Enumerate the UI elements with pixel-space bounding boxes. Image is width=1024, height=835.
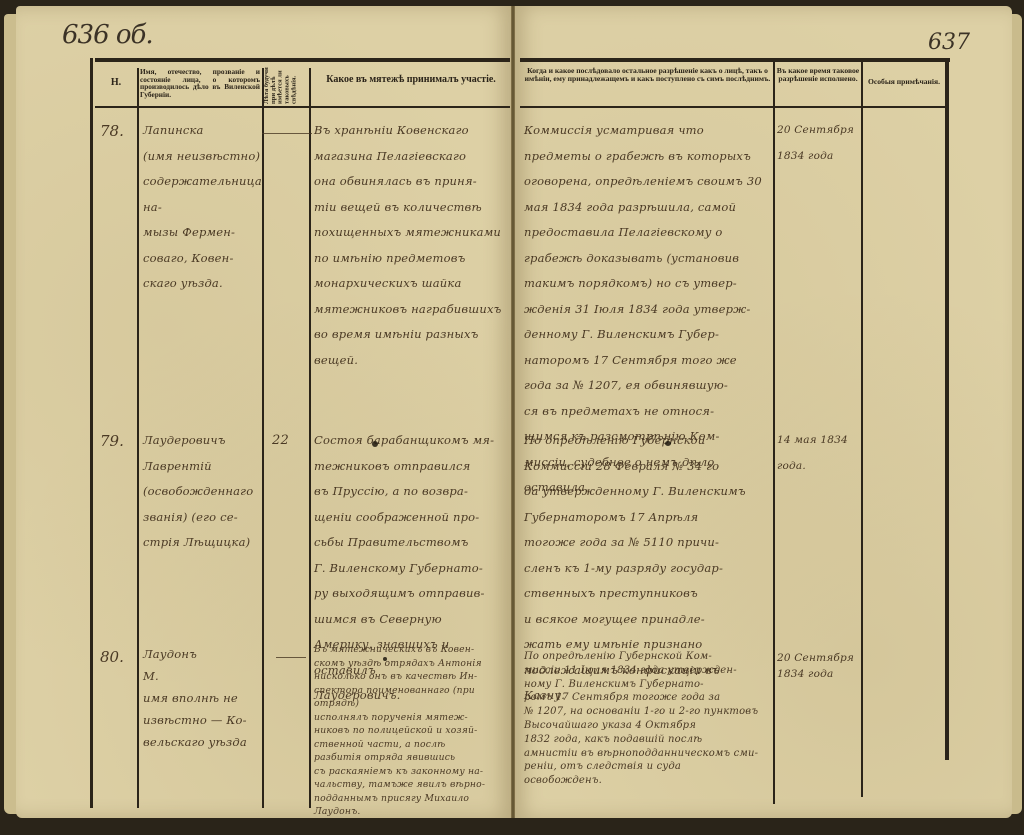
col-divider-num xyxy=(137,68,139,808)
row-78-number: 78. xyxy=(100,122,124,140)
row-78-executed: 20 Сентября 1834 года xyxy=(777,118,861,169)
header-col-executed: Въ какое время таковое разрѣшенiе исполн… xyxy=(776,67,860,83)
ink-blot xyxy=(372,441,378,447)
row-79-executed: 14 мая 1834 года. xyxy=(777,428,861,479)
header-bottom-rule-right xyxy=(520,106,945,108)
row-79-age: 22 xyxy=(272,428,308,454)
header-col-resolution: Когда и какое послѣдовало остальное разр… xyxy=(524,67,771,83)
header-bottom-rule-left xyxy=(95,106,510,108)
header-top-rule-left xyxy=(95,58,510,62)
row-80-number: 80. xyxy=(100,648,124,666)
row-79-number: 79. xyxy=(100,432,124,450)
header-col-number: Н. xyxy=(95,78,137,89)
ink-blot xyxy=(383,657,387,661)
row-80-executed: 20 Сентября 1834 года xyxy=(777,650,861,682)
book-spine xyxy=(511,6,515,818)
header-col-notes: Особыя примѣчанiя. xyxy=(864,78,944,86)
row-79-name: Лаудеровичъ Лаврентiй (освобожденнаго зв… xyxy=(143,428,261,556)
row-80-participation: Въ мятежническихъ въ Ковен- скомъ уѣздѣ … xyxy=(314,643,510,819)
row-78-age-dash xyxy=(262,133,312,134)
right-page-number: 637 xyxy=(928,30,970,55)
header-col-name: Имя, отечество, прозванiе и состоянiе ли… xyxy=(140,68,260,99)
left-page-number: 636 об. xyxy=(62,20,153,50)
header-col-participation: Какое въ мятежѣ принималъ участiе. xyxy=(312,75,510,86)
ledger-spread: 636 об. 637 Н. Имя, отечество, прозванiе… xyxy=(0,0,1024,835)
col-divider-executed xyxy=(861,62,863,797)
ink-blot xyxy=(665,441,671,446)
header-top-rule-right xyxy=(520,58,950,62)
row-78-participation: Въ хранѣнiи Ковенскаго магазина Пелагiев… xyxy=(314,118,510,373)
row-78-name: Лапинска (имя неизвѣстно) содержательниц… xyxy=(143,118,261,297)
row-80-age-dash xyxy=(276,657,306,658)
col-divider-name xyxy=(262,68,264,808)
row-80-name: Лаудонъ М. имя вполнѣ не извѣстно — Ко- … xyxy=(143,643,261,753)
row-80-resolution: По опредѣленiю Губернской Ком- миссiи 11… xyxy=(524,650,774,788)
col-divider-age xyxy=(309,68,311,808)
right-outer-border xyxy=(945,60,949,760)
header-col-age: Лѣта будучи при дѣлѣ имѣется ли таковыхъ… xyxy=(264,64,308,104)
left-outer-border xyxy=(90,58,93,808)
